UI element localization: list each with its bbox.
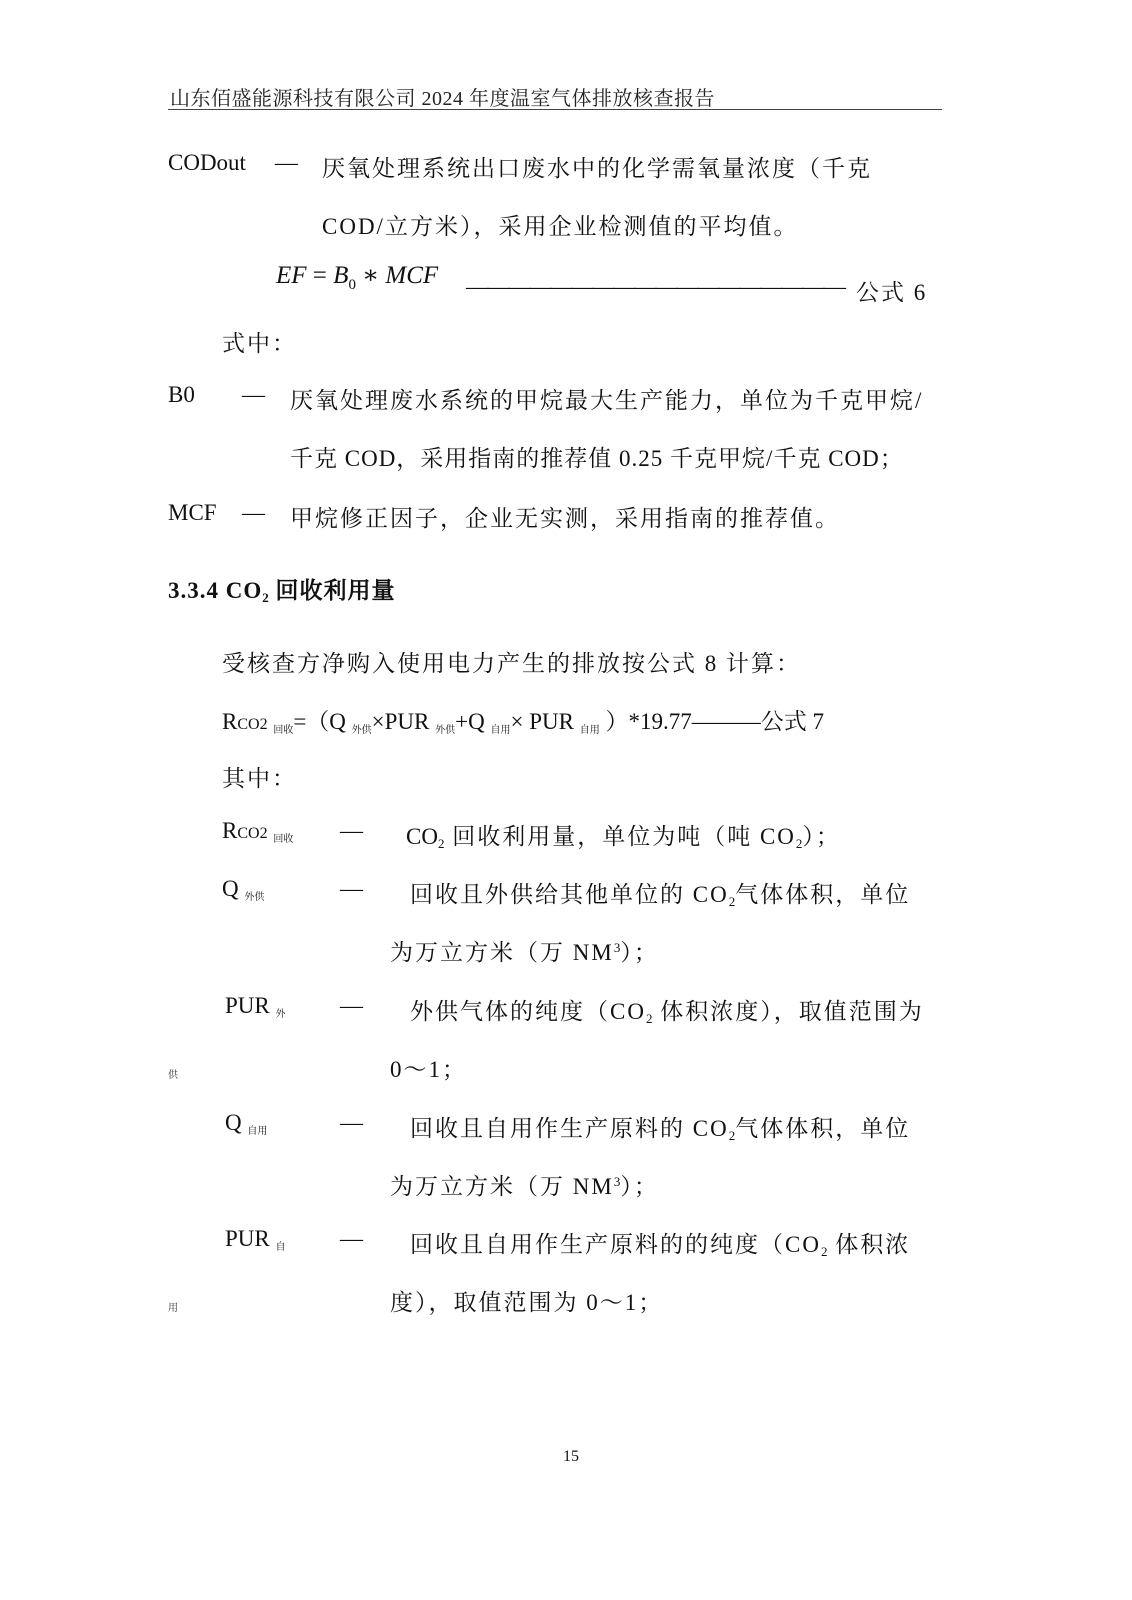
mcf-dash: — <box>242 500 265 526</box>
f7-plus: +Q <box>455 709 485 734</box>
where-label-2: 其中： <box>222 760 297 793</box>
formula-6-rest: ∗ MCF <box>356 262 438 289</box>
def-pur-out-line2: 0～1； <box>390 1051 467 1084</box>
f7-eq: =（Q <box>293 709 346 734</box>
formula-6-b: B <box>333 262 348 289</box>
section-title: 回收利用量 <box>269 578 396 603</box>
def-pur-self-sub-wrap: 用 <box>168 1299 178 1314</box>
b0-dash: — <box>242 382 265 408</box>
def-pur-out-symbol: PUR 外 <box>225 993 286 1020</box>
def-pur-self-line1: 回收且自用作生产原料的的纯度（CO2 体积浓 <box>410 1226 910 1260</box>
codout-dash: — <box>275 150 298 176</box>
def-pur-out-dash: — <box>340 993 363 1019</box>
f7-r-sub2: 回收 <box>273 725 293 736</box>
mcf-symbol: MCF <box>168 500 217 526</box>
mcf-desc: 甲烷修正因子，企业无实测，采用指南的推荐值。 <box>290 500 840 533</box>
def-q-out-dash: — <box>340 876 363 902</box>
f7-x1: ×PUR <box>372 709 430 734</box>
b0-symbol: B0 <box>168 382 195 408</box>
def-q-out-line2: 为万立方米（万 NM3）； <box>390 934 659 967</box>
def-r-sym: R <box>222 818 237 843</box>
f7-q2-sub: 自用 <box>490 725 510 736</box>
def-pur-self-symbol: PUR 自 <box>225 1226 286 1253</box>
def-r-symbol: RCO2 回收 <box>222 818 293 845</box>
codout-symbol: CODout <box>168 150 246 176</box>
def-pur-out-line1: 外供气体的纯度（CO2 体积浓度），取值范围为 <box>410 993 924 1027</box>
def-q-out-symbol: Q 外供 <box>222 876 264 903</box>
formula-7: RCO2 回收=（Q 外供×PUR 外供+Q 自用× PUR 自用 ）*19.7… <box>222 703 824 736</box>
page-number: 15 <box>563 1448 579 1466</box>
def-r-dash: — <box>340 818 363 844</box>
def-q-self-dash: — <box>340 1110 363 1136</box>
codout-desc-line1: 厌氧处理系统出口废水中的化学需氧量浓度（千克 <box>322 150 872 183</box>
intro-paragraph: 受核查方净购入使用电力产生的排放按公式 8 计算： <box>222 645 801 678</box>
running-header: 山东佰盛能源科技有限公司 2024 年度温室气体排放核查报告 <box>170 82 715 111</box>
formula-6-leader: —————————————————— <box>466 274 844 300</box>
def-r-sub2: 回收 <box>273 834 293 845</box>
where-label-1: 式中： <box>222 325 297 358</box>
def-r-sub: CO2 <box>237 825 267 842</box>
formula-6-label: 公式 6 <box>856 274 927 307</box>
def-r-desc: CO2 回收利用量，单位为吨（吨 CO2）； <box>406 818 841 852</box>
def-pur-self-line2: 度），取值范围为 0～1； <box>390 1284 663 1317</box>
def-q-self-symbol: Q 自用 <box>225 1110 267 1137</box>
def-pur-self-dash: — <box>340 1226 363 1252</box>
f7-pur1-sub: 外供 <box>435 725 455 736</box>
codout-desc-line2: COD/立方米），采用企业检测值的平均值。 <box>322 208 798 241</box>
def-q-self-line2: 为万立方米（万 NM3）； <box>390 1168 659 1201</box>
f7-tail: ）*19.77———公式 7 <box>605 709 824 734</box>
f7-pur2-sub: 自用 <box>580 725 600 736</box>
formula-6-eq: = <box>307 262 334 289</box>
formula-6-lhs: EF <box>276 262 307 289</box>
def-q-out-line1: 回收且外供给其他单位的 CO2气体体积，单位 <box>410 876 910 910</box>
def-pur-out-sub-wrap: 供 <box>168 1066 178 1081</box>
def-q-self-line1: 回收且自用作生产原料的 CO2气体体积，单位 <box>410 1110 910 1144</box>
section-number: 3.3.4 CO <box>168 578 262 603</box>
f7-q1-sub: 外供 <box>352 725 372 736</box>
b0-desc-line2: 千克 COD，采用指南的推荐值 0.25 千克甲烷/千克 COD； <box>290 440 904 473</box>
section-heading: 3.3.4 CO2 回收利用量 <box>168 572 396 606</box>
formula-6: EF = B0 ∗ MCF <box>276 260 438 294</box>
header-rule <box>168 109 942 110</box>
b0-desc-line1: 厌氧处理废水系统的甲烷最大生产能力，单位为千克甲烷/ <box>290 382 923 415</box>
f7-x2: × PUR <box>510 709 573 734</box>
formula-6-b-sub: 0 <box>348 277 356 293</box>
f7-r: R <box>222 709 237 734</box>
f7-r-sub: CO2 <box>237 716 267 733</box>
